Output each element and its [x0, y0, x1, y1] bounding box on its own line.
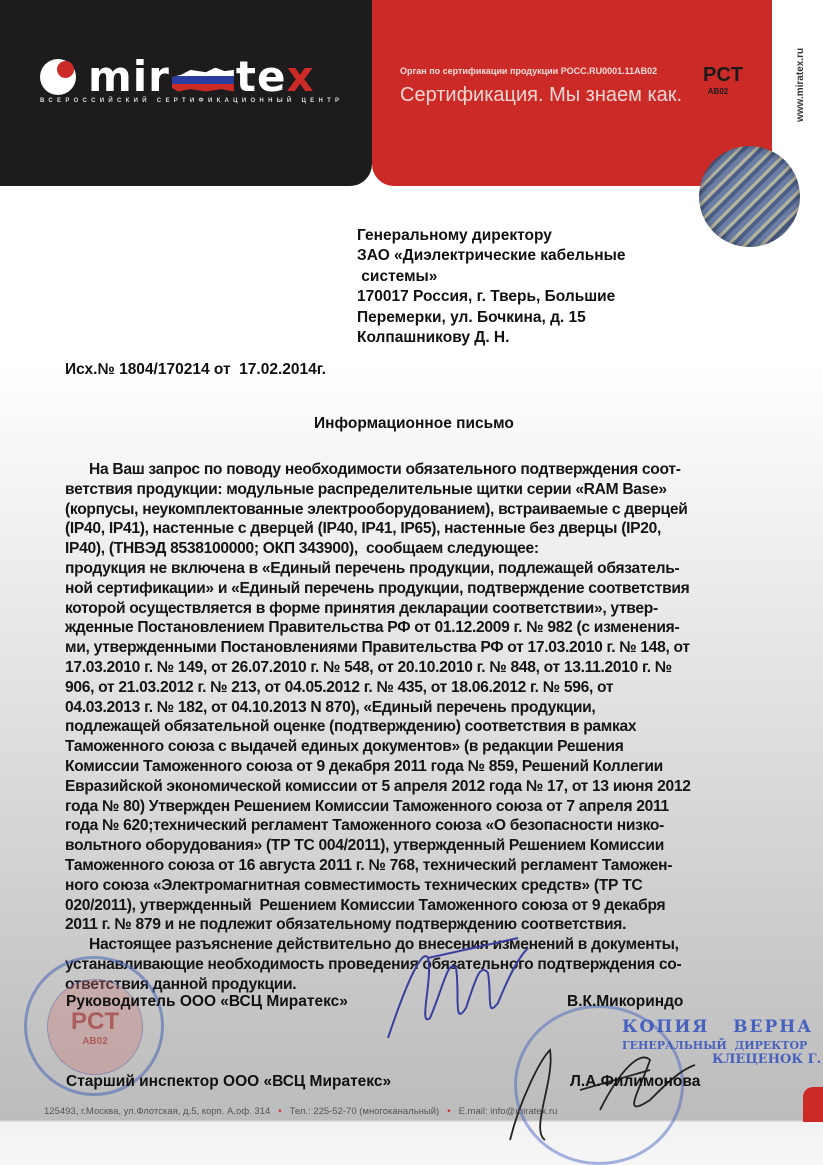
addressee-line: 170017 Россия, г. Тверь, Большие — [357, 287, 625, 307]
bullet-icon: • — [447, 1106, 450, 1117]
website-link[interactable]: www.miratex.ru — [795, 48, 806, 122]
body-line: жденные Постановлением Правительства РФ … — [65, 618, 785, 638]
body-line: вольтного оборудования» (ТР ТС 004/2011)… — [65, 836, 785, 856]
certification-body-line: Орган по сертификации продукции РОСС.RU0… — [400, 66, 657, 76]
body-line: ного союза «Электромагнитная совместимос… — [65, 876, 785, 896]
signature-name-inspector: Л.А.Филимонова — [570, 1073, 700, 1091]
rst-mark: PCT АВ02 — [703, 63, 733, 103]
footer-contacts: 125493, г.Москва, ул.Флотская, д.5, корп… — [44, 1106, 557, 1117]
addressee-line: Перемерки, ул. Бочкина, д. 15 — [357, 308, 625, 328]
copy-stamp-line: ГЕНЕРАЛЬНЫЙ ДИРЕКТОР — [622, 1039, 823, 1052]
body-line: 17.03.2010 г. № 149, от 26.07.2010 г. № … — [65, 658, 785, 678]
body-line: 04.03.2013 г. № 182, от 04.10.2013 N 870… — [65, 698, 785, 718]
addressee-line: Генеральному директору — [357, 226, 625, 246]
copy-stamp-line: КЛЕЦЕНОК Г. С. — [712, 1052, 823, 1067]
body-line: (IP40, IP41), настенные с дверцей (IP40,… — [65, 519, 785, 539]
body-line: 020/2011), утвержденный Решением Комисси… — [65, 896, 785, 916]
footer-email[interactable]: E.mail: info@miratex.ru — [459, 1106, 558, 1117]
footer-address: 125493, г.Москва, ул.Флотская, д.5, корп… — [44, 1106, 270, 1117]
miratex-logo: mirtex — [40, 57, 315, 97]
stamp-code: АВ02 — [82, 1036, 108, 1047]
body-line: ми, утвержденными Постановлениями Правит… — [65, 638, 785, 658]
signature-position-inspector: Старший инспектор ООО «ВСЦ Миратекс» — [66, 1073, 391, 1091]
rst-code: АВ02 — [703, 87, 733, 96]
signature-position-director: Руководитель ООО «ВСЦ Миратекс» — [66, 993, 348, 1011]
body-line: года № 620;технический регламент Таможен… — [65, 816, 785, 836]
red-corner-accent — [803, 1087, 823, 1122]
body-line: подлежащей обязательной оценке (подтверж… — [65, 717, 785, 737]
copy-stamp-line: КОПИЯ ВЕРНА — [622, 1017, 823, 1037]
hologram-seal-icon — [699, 146, 800, 247]
rst-stamp-icon: PCT — [71, 1008, 119, 1036]
rst-icon: PCT — [703, 63, 733, 87]
true-copy-stamp: КОПИЯ ВЕРНА ГЕНЕРАЛЬНЫЙ ДИРЕКТОР КЛЕЦЕНО… — [622, 1017, 823, 1067]
body-line: 906, от 21.03.2012 г. № 213, от 04.05.20… — [65, 678, 785, 698]
body-line: Евразийской экономической комиссии от 5 … — [65, 777, 785, 797]
body-line: На Ваш запрос по поводу необходимости об… — [65, 460, 785, 480]
logo-dot-icon — [40, 59, 76, 95]
addressee-line: ЗАО «Диэлектрические кабельные — [357, 246, 625, 266]
body-line: IP40), (ТНВЭД 8538100000; ОКП 343900), с… — [65, 539, 785, 559]
outgoing-reference: Исх.№ 1804/170214 от 17.02.2014г. — [65, 361, 326, 379]
body-line: (корпусы, неукомплектованные электрообор… — [65, 500, 785, 520]
logo-subtitle: ВСЕРОССИЙСКИЙ СЕРТИФИКАЦИОННЫЙ ЦЕНТР — [40, 98, 343, 104]
addressee-line: системы» — [357, 267, 625, 287]
letter-body: На Ваш запрос по поводу необходимости об… — [65, 460, 785, 995]
addressee-line: Колпашникову Д. Н. — [357, 328, 625, 348]
body-line: ной сертификации» и «Единый перечень про… — [65, 579, 785, 599]
document-title: Информационное письмо — [314, 415, 514, 433]
body-line: Таможенного союза с выдачей единых докум… — [65, 737, 785, 757]
signature-name-director: В.К.Микориндо — [567, 993, 683, 1011]
footer-phone: Тел.: 225-52-70 (многоканальный) — [290, 1106, 440, 1117]
body-line: продукция не включена в «Единый перечень… — [65, 559, 785, 579]
body-line: которой осуществляется в форме принятия … — [65, 599, 785, 619]
bullet-icon: • — [278, 1106, 281, 1117]
header-logo-panel: mirtex ВСЕРОССИЙСКИЙ СЕРТИФИКАЦИОННЫЙ ЦЕ… — [0, 0, 372, 186]
body-line: ветствия продукции: модульные распредели… — [65, 480, 785, 500]
russia-map-icon — [172, 68, 234, 92]
body-line: года № 80) Утвержден Решением Комиссии Т… — [65, 797, 785, 817]
body-line: Таможенного союза от 16 августа 2011 г. … — [65, 856, 785, 876]
letter-page: mirtex ВСЕРОССИЙСКИЙ СЕРТИФИКАЦИОННЫЙ ЦЕ… — [0, 0, 823, 1165]
body-line: Комиссии Таможенного союза от 9 декабря … — [65, 757, 785, 777]
addressee-block: Генеральному директору ЗАО «Диэлектричес… — [357, 226, 625, 348]
logo-wordmark: mirtex — [88, 57, 315, 97]
slogan: Сертификация. Мы знаем как. — [400, 84, 682, 107]
